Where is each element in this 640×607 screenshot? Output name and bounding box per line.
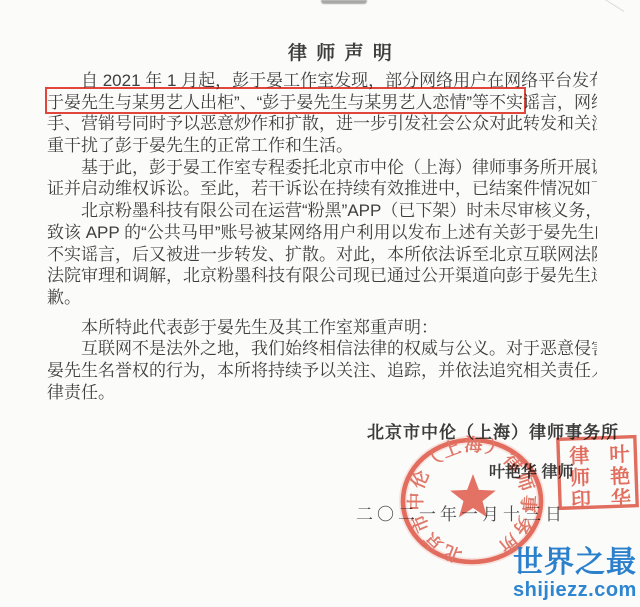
page-title: 律 师 声 明 bbox=[288, 38, 394, 65]
paragraph: 北京粉墨科技有限公司在运营“粉黑”APP（已下架）时未尽审核义务，导致该 APP… bbox=[47, 200, 597, 308]
body-line: 致该 APP 的“公共马甲”账号被某网络用户利用以发布上述有关彭于晏先生的 bbox=[47, 222, 597, 244]
square-seal-char: 华 bbox=[611, 486, 632, 511]
body-line: 歉。 bbox=[47, 287, 597, 309]
body-line: 重干扰了彭于晏先生的正常工作和生活。 bbox=[47, 135, 597, 157]
signature-date: 二〇二一年一月十三日 bbox=[356, 500, 566, 525]
signature-firm: 北京市中伦（上海）律师事务所 bbox=[367, 418, 619, 443]
signature-lawyer: 叶艳华 律师 bbox=[489, 459, 573, 482]
paragraph: 基于此，彭于晏工作室专程委托北京市中伦（上海）律师事务所开展调查取证并启动维权诉… bbox=[47, 157, 597, 200]
body-line: 基于此，彭于晏工作室专程委托北京市中伦（上海）律师事务所开展调查取 bbox=[47, 157, 597, 179]
square-seal-char: 艳 bbox=[610, 464, 631, 489]
watermark-domain: shijiezz.com bbox=[513, 580, 637, 600]
square-seal-char: 印 bbox=[571, 488, 592, 512]
body-line: 晏先生名誉权的行为，本所将持续予以关注、追踪，并依法追究相关责任人的法 bbox=[47, 360, 597, 382]
document-body: 自 2021 年 1 月起，彭于晏工作室发现，部分网络用户在网络平台发布“彭于晏… bbox=[47, 70, 597, 403]
body-line: 法院审理和调解，北京粉墨科技有限公司现已通过公开渠道向彭于晏先生进行道 bbox=[47, 265, 597, 287]
body-line: 不实谣言，后又被进一步转发、扩散。对此，本所依法诉至北京互联网法院。经 bbox=[47, 244, 597, 266]
scanned-lawyer-statement: 律 师 声 明 自 2021 年 1 月起，彭于晏工作室发现，部分网络用户在网络… bbox=[0, 0, 640, 607]
body-line: 证并启动维权诉讼。至此，若干诉讼在持续有效推进中，已结案件情况如下： bbox=[47, 178, 597, 200]
paragraph: 本所特此代表彭于晏先生及其工作室郑重声明： bbox=[47, 317, 597, 339]
scan-artifact-top bbox=[321, 0, 367, 4]
site-watermark: 世界之最 shijiezz.com bbox=[513, 548, 637, 600]
body-line: 本所特此代表彭于晏先生及其工作室郑重声明： bbox=[47, 317, 597, 339]
body-line: 互联网不是法外之地，我们始终相信法律的权威与公义。对于恶意侵害彭于 bbox=[47, 338, 597, 360]
body-line: 手、营销号同时予以恶意炒作和扩散，进一步引发社会公众对此转发和关注，严 bbox=[47, 113, 597, 135]
watermark-logo: 世界之最 bbox=[513, 548, 637, 578]
body-line: 北京粉墨科技有限公司在运营“粉黑”APP（已下架）时未尽审核义务，导 bbox=[47, 200, 597, 222]
paragraph: 互联网不是法外之地，我们始终相信法律的权威与公义。对于恶意侵害彭于晏先生名誉权的… bbox=[47, 338, 597, 403]
body-line: 律责任。 bbox=[47, 382, 597, 404]
scan-artifact-scratch bbox=[602, 0, 625, 12]
square-seal-char: 叶 bbox=[609, 443, 631, 467]
red-highlight-box bbox=[45, 87, 526, 114]
